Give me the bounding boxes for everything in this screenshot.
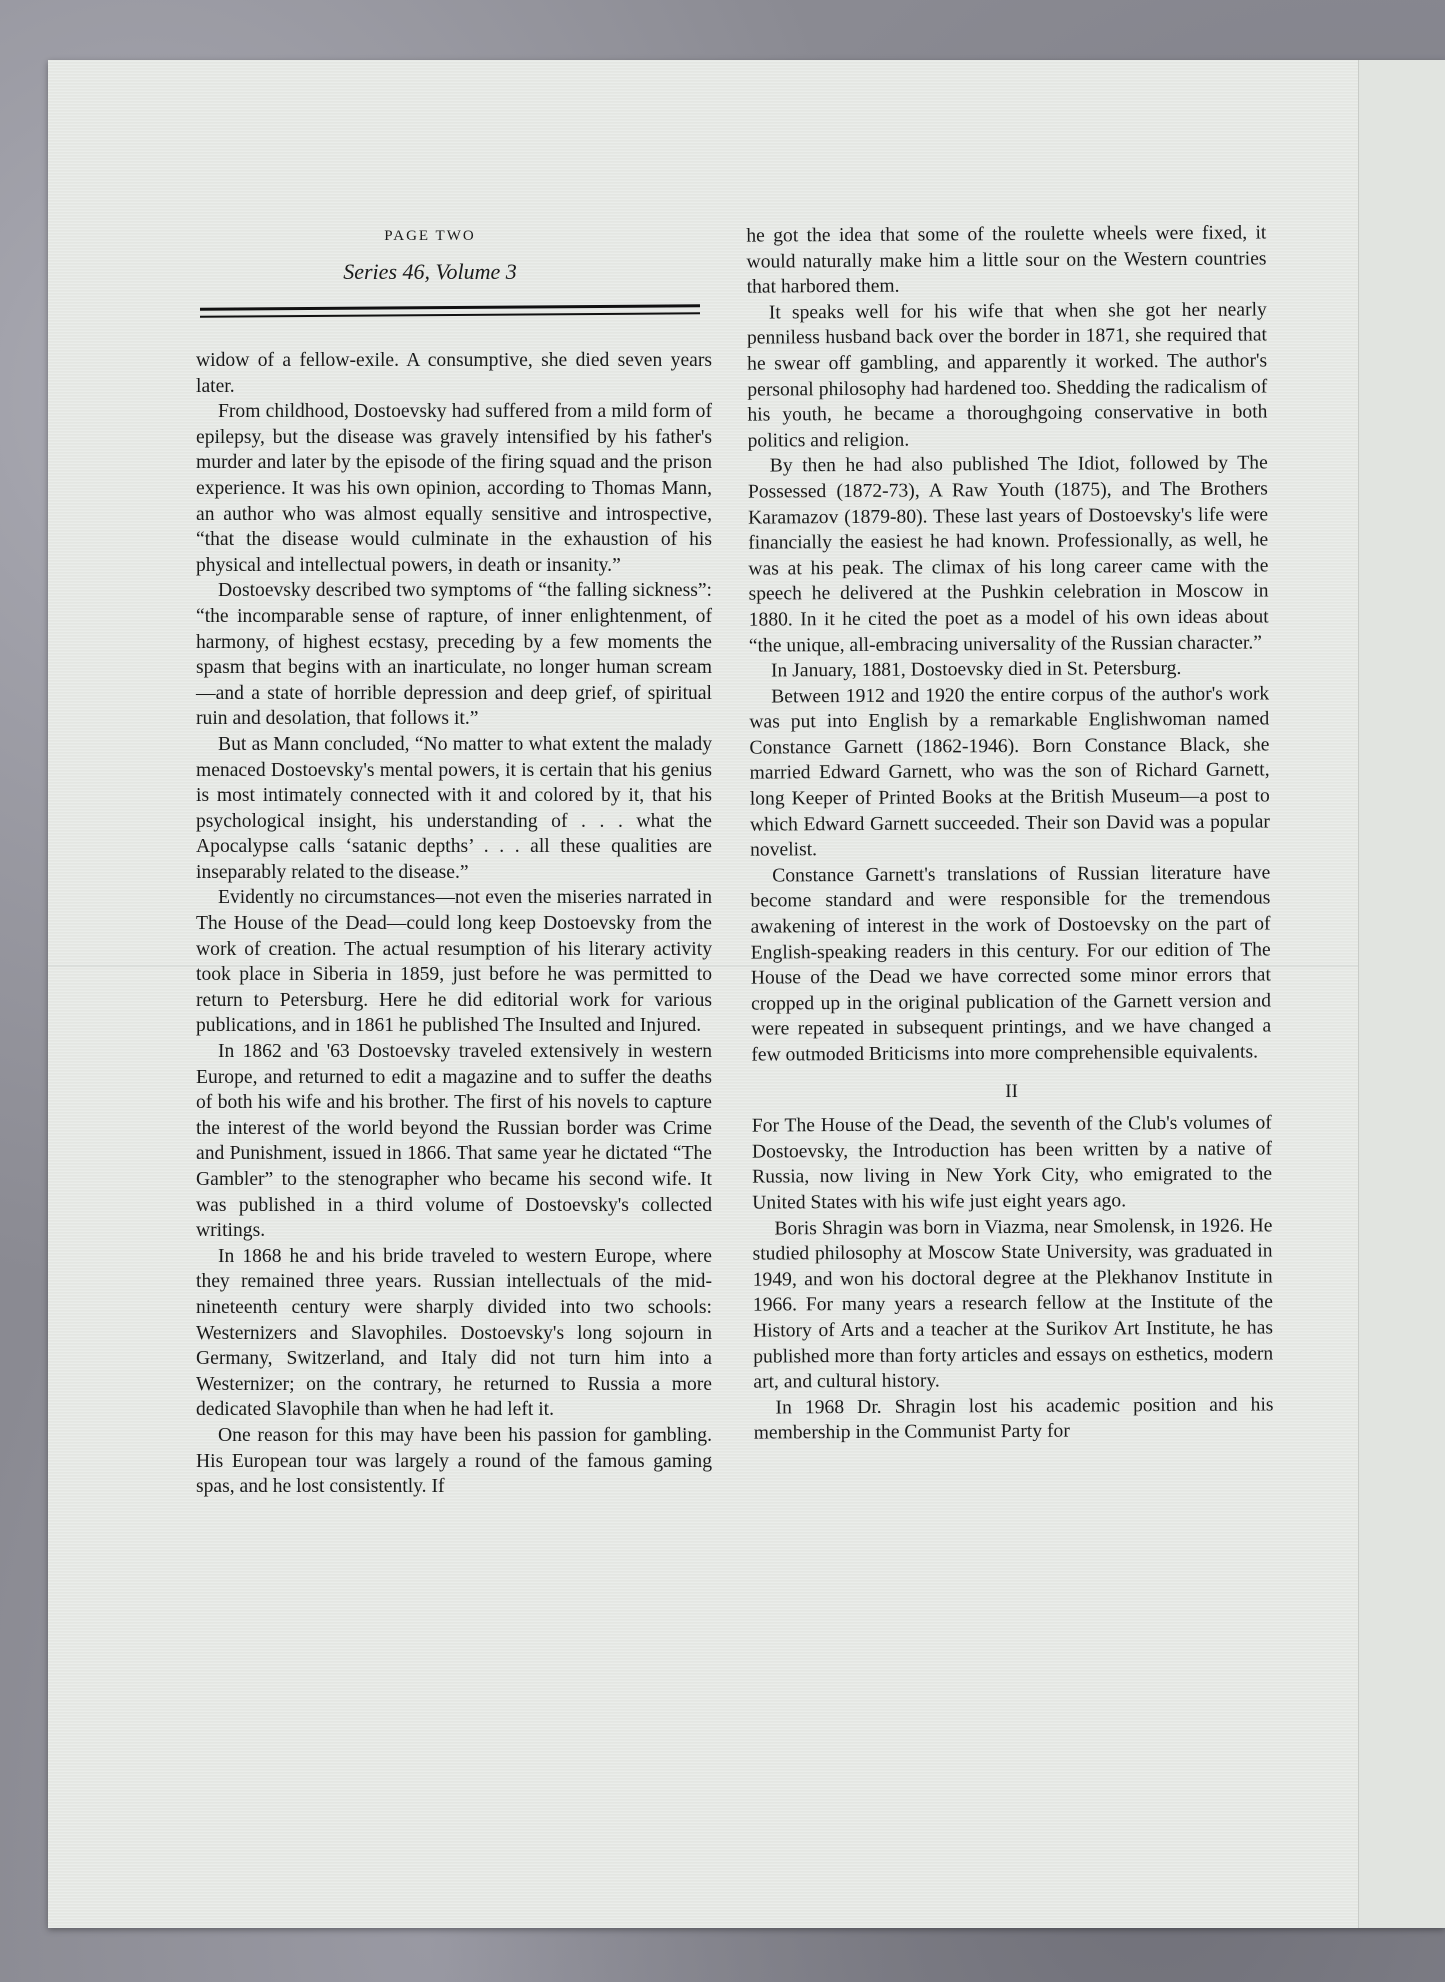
paragraph: In 1868 he and his bride traveled to wes… — [196, 1244, 712, 1423]
paragraph: By then he had also published The Idiot,… — [748, 451, 1269, 659]
paragraph: Evidently no circumstances—not even the … — [196, 885, 712, 1039]
paragraph: Between 1912 and 1920 the entire corpus … — [749, 681, 1270, 863]
paragraph: It speaks well for his wife that when sh… — [747, 297, 1268, 454]
paragraph: But as Mann concluded, “No matter to wha… — [196, 732, 712, 886]
right-column: he got the idea that some of the roulett… — [746, 220, 1273, 1446]
page-header: PAGE TWO Series 46, Volume 3 — [290, 228, 570, 285]
paragraph: he got the idea that some of the roulett… — [746, 220, 1266, 300]
series-volume: Series 46, Volume 3 — [290, 259, 570, 285]
paragraph: Boris Shragin was born in Viazma, near S… — [752, 1213, 1273, 1395]
paragraph: In 1862 and '63 Dostoevsky traveled exte… — [196, 1039, 712, 1244]
paragraph: Dostoevsky described two symptoms of “th… — [196, 578, 712, 732]
section-number: II — [752, 1077, 1272, 1106]
paragraph: widow of a fellow-exile. A consumptive, … — [196, 348, 712, 399]
paragraph: For The House of the Dead, the seventh o… — [752, 1111, 1273, 1217]
paragraph: From childhood, Dostoevsky had suffered … — [196, 399, 712, 578]
paragraph: Constance Garnett's translations of Russ… — [750, 860, 1271, 1068]
adjacent-page-edge — [1358, 60, 1445, 1928]
paragraph: In January, 1881, Dostoevsky died in St.… — [749, 656, 1269, 685]
left-column: widow of a fellow-exile. A consumptive, … — [196, 348, 712, 1500]
page-label: PAGE TWO — [290, 228, 570, 245]
paragraph: In 1968 Dr. Shragin lost his academic po… — [753, 1392, 1273, 1446]
paragraph: One reason for this may have been his pa… — [196, 1423, 712, 1500]
